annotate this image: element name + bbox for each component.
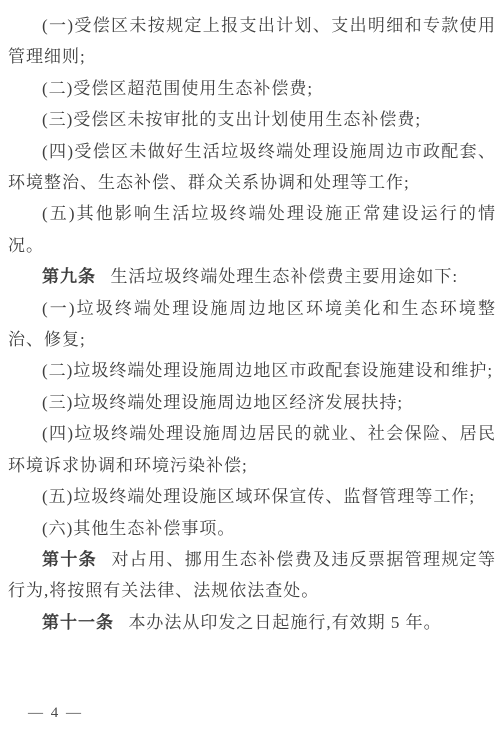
clause-text: (三)垃圾终端处理设施周边地区经济发展扶持;	[42, 393, 403, 412]
clause-text: (四)垃圾终端处理设施周边居民的就业、社会保险、居民环境诉求协调和环境污染补偿;	[8, 424, 496, 474]
clause-item: (一)垃圾终端处理设施周边地区环境美化和生态环境整治、修复;	[8, 293, 496, 356]
clause-item: (五)垃圾终端处理设施区域环保宣传、监督管理等工作;	[8, 481, 496, 512]
clause-text: (二)受偿区超范围使用生态补偿费;	[42, 79, 313, 98]
clause-text: (一)受偿区未按规定上报支出计划、支出明细和专款使用管理细则;	[8, 16, 496, 66]
clause-text: (六)其他生态补偿事项。	[42, 519, 235, 538]
clause-item: (五)其他影响生活垃圾终端处理设施正常建设运行的情况。	[8, 198, 496, 261]
clause-item: (二)受偿区超范围使用生态补偿费;	[8, 73, 496, 104]
clause-item: (六)其他生态补偿事项。	[8, 513, 496, 544]
clause-item: (四)垃圾终端处理设施周边居民的就业、社会保险、居民环境诉求协调和环境污染补偿;	[8, 418, 496, 481]
clause-item: (三)受偿区未按审批的支出计划使用生态补偿费;	[8, 104, 496, 135]
document-body: (一)受偿区未按规定上报支出计划、支出明细和专款使用管理细则; (二)受偿区超范…	[8, 10, 496, 638]
clause-text: (五)其他影响生活垃圾终端处理设施正常建设运行的情况。	[8, 204, 496, 254]
clause-text: (二)垃圾终端处理设施周边地区市政配套设施建设和维护;	[42, 361, 493, 380]
clause-text: (五)垃圾终端处理设施区域环保宣传、监督管理等工作;	[42, 487, 475, 506]
clause-text: (三)受偿区未按审批的支出计划使用生态补偿费;	[42, 110, 421, 129]
page-number: — 4 —	[28, 705, 83, 722]
article-11: 第十一条本办法从印发之日起施行,有效期 5 年。	[8, 607, 496, 638]
clause-item: (三)垃圾终端处理设施周边地区经济发展扶持;	[8, 387, 496, 418]
article-10: 第十条对占用、挪用生态补偿费及违反票据管理规定等行为,将按照有关法律、法规依法查…	[8, 544, 496, 607]
article-number: 第十条	[42, 550, 97, 569]
article-9: 第九条生活垃圾终端处理生态补偿费主要用途如下:	[8, 261, 496, 292]
article-text: 生活垃圾终端处理生态补偿费主要用途如下:	[110, 267, 458, 286]
clause-item: (一)受偿区未按规定上报支出计划、支出明细和专款使用管理细则;	[8, 10, 496, 73]
clause-text: (四)受偿区未做好生活垃圾终端处理设施周边市政配套、环境整治、生态补偿、群众关系…	[8, 142, 496, 192]
article-number: 第九条	[42, 267, 96, 286]
document-page: (一)受偿区未按规定上报支出计划、支出明细和专款使用管理细则; (二)受偿区超范…	[0, 0, 503, 730]
article-number: 第十一条	[42, 613, 114, 632]
clause-text: (一)垃圾终端处理设施周边地区环境美化和生态环境整治、修复;	[8, 299, 496, 349]
clause-item: (四)受偿区未做好生活垃圾终端处理设施周边市政配套、环境整治、生态补偿、群众关系…	[8, 136, 496, 199]
clause-item: (二)垃圾终端处理设施周边地区市政配套设施建设和维护;	[8, 355, 496, 386]
article-text: 本办法从印发之日起施行,有效期 5 年。	[128, 613, 441, 632]
